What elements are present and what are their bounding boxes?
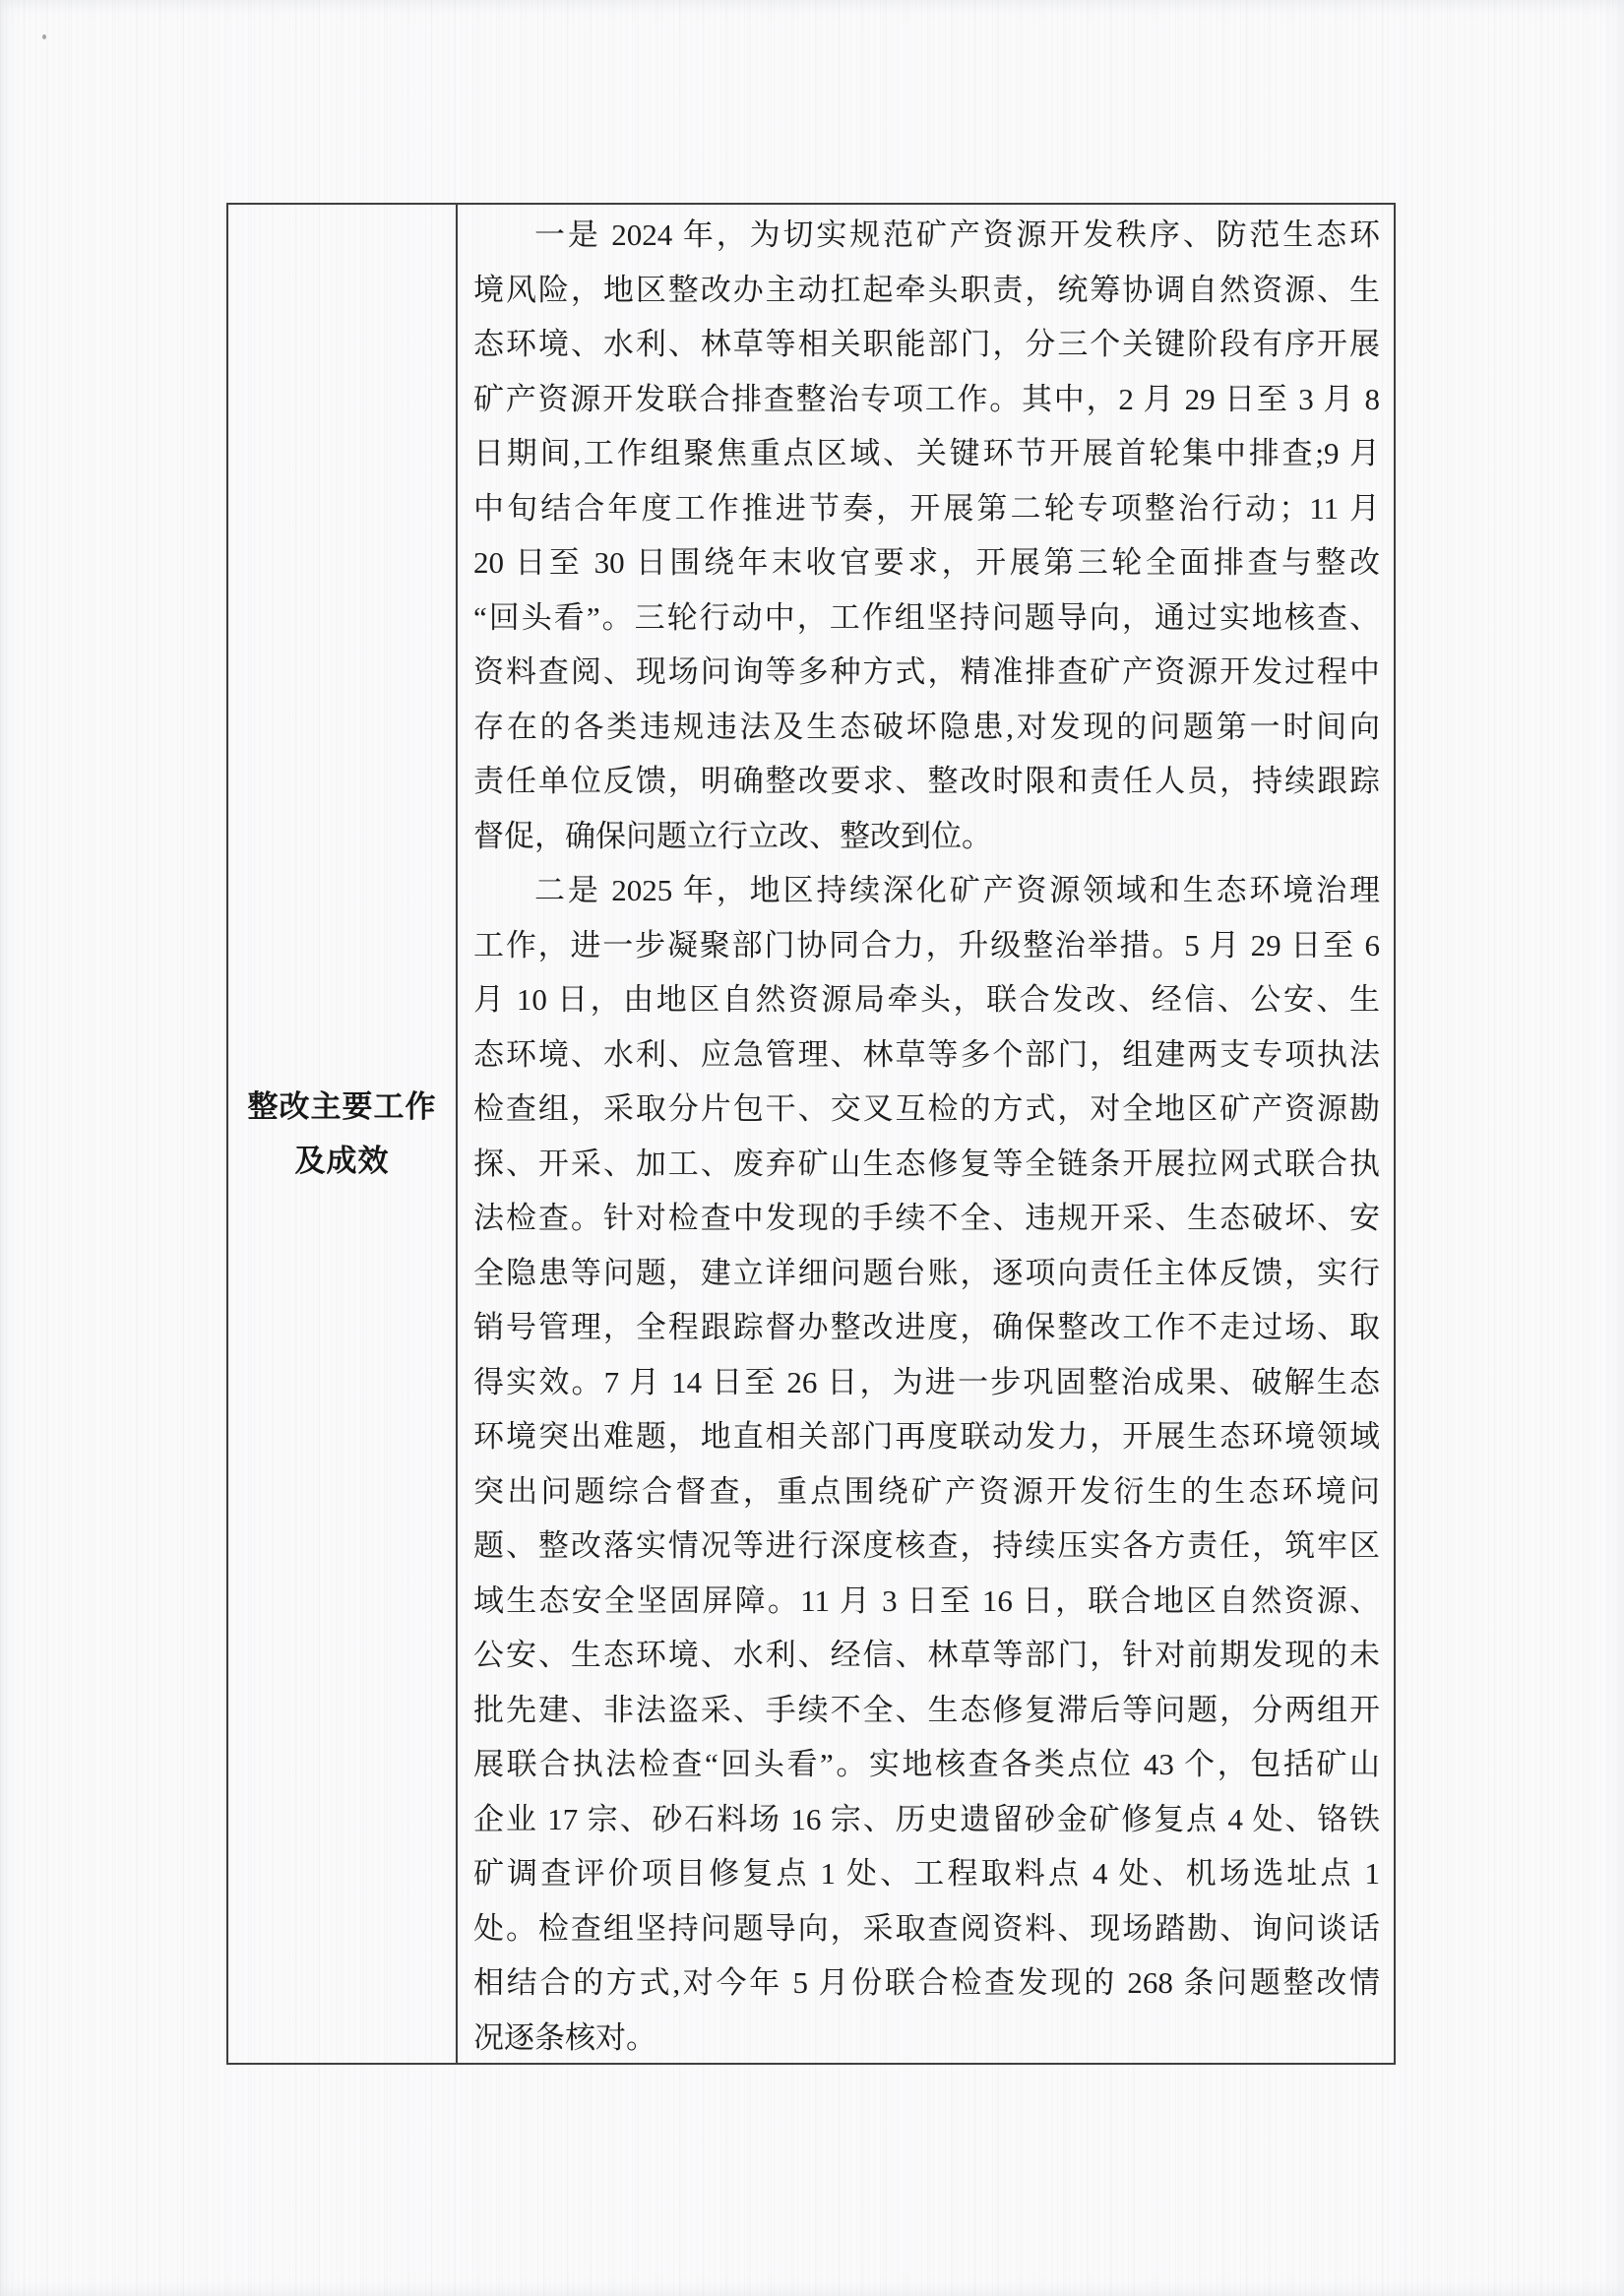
text-line: 企业 17 宗、砂石料场 16 宗、历史遗留砂金矿修复点 4 处、铬铁 bbox=[473, 1792, 1380, 1847]
text-line: 展联合执法检查“回头看”。实地核查各类点位 43 个，包括矿山 bbox=[473, 1737, 1380, 1792]
text-line: 探、开采、加工、废弃矿山生态修复等全链条开展拉网式联合执 bbox=[473, 1137, 1380, 1192]
text-line: 日期间,工作组聚焦重点区域、关键环节开展首轮集中排查;9 月 bbox=[473, 426, 1380, 481]
paragraph: 二是 2025 年，地区持续深化矿产资源领域和生态环境治理工作，进一步凝聚部门协… bbox=[473, 863, 1380, 2063]
text-line: 二是 2025 年，地区持续深化矿产资源领域和生态环境治理 bbox=[473, 863, 1380, 918]
row-header-text-line2: 及成效 bbox=[295, 1134, 390, 1188]
text-line: 检查组，采取分片包干、交叉互检的方式，对全地区矿产资源勘 bbox=[473, 1082, 1380, 1137]
text-line: 公安、生态环境、水利、经信、林草等部门，针对前期发现的未 bbox=[473, 1628, 1380, 1683]
text-line: “回头看”。三轮行动中，工作组坚持问题导向，通过实地核查、 bbox=[473, 590, 1380, 646]
text-line: 全隐患等问题，建立详细问题台账，逐项向责任主体反馈，实行 bbox=[473, 1246, 1380, 1301]
paragraph: 一是 2024 年，为切实规范矿产资源开发秩序、防范生态环境风险，地区整改办主动… bbox=[473, 208, 1380, 863]
text-line: 责任单位反馈，明确整改要求、整改时限和责任人员，持续跟踪 bbox=[473, 754, 1380, 809]
text-line: 况逐条核对。 bbox=[473, 2011, 1380, 2064]
text-line: 突出问题综合督查，重点围绕矿产资源开发衍生的生态环境问 bbox=[473, 1464, 1380, 1520]
text-line: 工作，进一步凝聚部门协同合力，升级整治举措。5 月 29 日至 6 bbox=[473, 918, 1380, 973]
ink-speck bbox=[42, 34, 46, 39]
text-line: 得实效。7 月 14 日至 26 日，为进一步巩固整治成果、破解生态 bbox=[473, 1355, 1380, 1410]
text-line: 督促，确保问题立行立改、整改到位。 bbox=[473, 809, 1380, 864]
row-header-cell: 整改主要工作 及成效 bbox=[228, 205, 458, 2063]
text-line: 20 日至 30 日围绕年末收官要求，开展第三轮全面排查与整改 bbox=[473, 535, 1380, 590]
text-line: 存在的各类违规违法及生态破坏隐患,对发现的问题第一时间向 bbox=[473, 700, 1380, 755]
text-line: 相结合的方式,对今年 5 月份联合检查发现的 268 条问题整改情 bbox=[473, 1955, 1380, 2011]
text-line: 月 10 日，由地区自然资源局牵头，联合发改、经信、公安、生 bbox=[473, 972, 1380, 1027]
text-line: 域生态安全坚固屏障。11 月 3 日至 16 日，联合地区自然资源、 bbox=[473, 1574, 1380, 1629]
text-line: 处。检查组坚持问题导向，采取查阅资料、现场踏勘、询问谈话 bbox=[473, 1901, 1380, 1956]
text-line: 资料查阅、现场问询等多种方式，精准排查矿产资源开发过程中 bbox=[473, 645, 1380, 700]
report-table-row: 整改主要工作 及成效 一是 2024 年，为切实规范矿产资源开发秩序、防范生态环… bbox=[226, 203, 1396, 2065]
text-line: 中旬结合年度工作推进节奏，开展第二轮专项整治行动；11 月 bbox=[473, 481, 1380, 536]
text-line: 矿调查评价项目修复点 1 处、工程取料点 4 处、机场选址点 1 bbox=[473, 1846, 1380, 1901]
text-line: 态环境、水利、应急管理、林草等多个部门，组建两支专项执法 bbox=[473, 1027, 1380, 1083]
text-line: 一是 2024 年，为切实规范矿产资源开发秩序、防范生态环 bbox=[473, 208, 1380, 263]
row-header-text-line1: 整改主要工作 bbox=[248, 1080, 437, 1134]
scanned-document-page: { "page": { "background_color": "#fafafb… bbox=[0, 0, 1624, 2296]
text-line: 题、整改落实情况等进行深度核查，持续压实各方责任，筑牢区 bbox=[473, 1519, 1380, 1574]
text-line: 法检查。针对检查中发现的手续不全、违规开采、生态破坏、安 bbox=[473, 1191, 1380, 1246]
text-line: 销号管理，全程跟踪督办整改进度，确保整改工作不走过场、取 bbox=[473, 1300, 1380, 1355]
text-line: 环境突出难题，地直相关部门再度联动发力，开展生态环境领域 bbox=[473, 1409, 1380, 1464]
row-content-cell: 一是 2024 年，为切实规范矿产资源开发秩序、防范生态环境风险，地区整改办主动… bbox=[458, 205, 1394, 2063]
text-line: 批先建、非法盗采、手续不全、生态修复滞后等问题，分两组开 bbox=[473, 1683, 1380, 1738]
text-line: 境风险，地区整改办主动扛起牵头职责，统筹协调自然资源、生 bbox=[473, 263, 1380, 318]
text-line: 态环境、水利、林草等相关职能部门，分三个关键阶段有序开展 bbox=[473, 317, 1380, 372]
text-line: 矿产资源开发联合排查整治专项工作。其中，2 月 29 日至 3 月 8 bbox=[473, 372, 1380, 427]
